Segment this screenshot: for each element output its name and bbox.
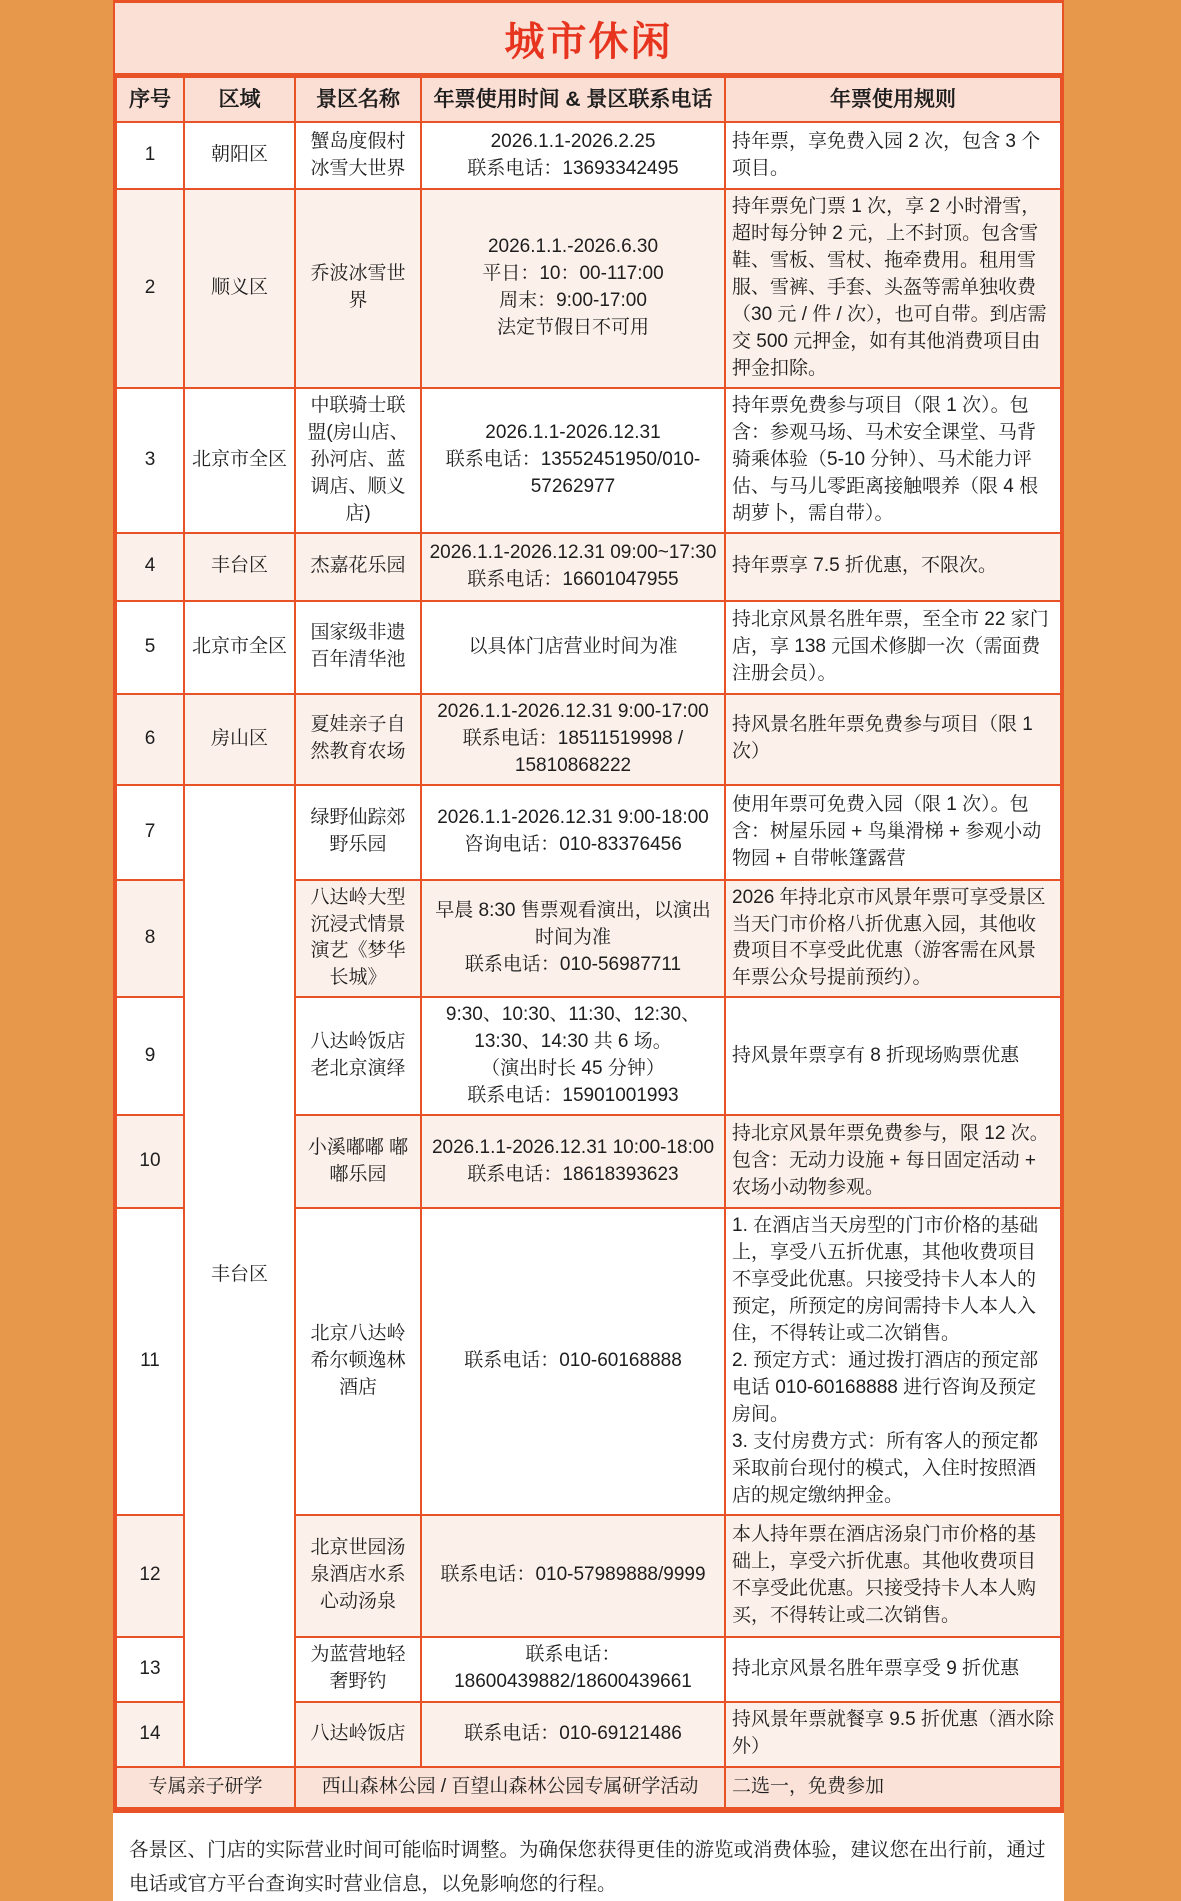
time-phone-cell: 2026.1.1-2026.12.31 9:00-18:00 咨询电话：010-…: [421, 785, 725, 880]
row-number-cell: 2: [116, 189, 184, 388]
title-bar: 城市休闲: [115, 3, 1062, 76]
bordered-table-area: 城市休闲 序号 区域 景区名称 年票使用时间 & 景区联系电话 年票使用规则 1…: [113, 0, 1064, 1813]
table-row: 1 朝阳区 蟹岛度假村冰雪大世界 2026.1.1-2026.2.25 联系电话…: [116, 122, 1061, 189]
annual-pass-table: 序号 区域 景区名称 年票使用时间 & 景区联系电话 年票使用规则 1 朝阳区 …: [115, 76, 1062, 1811]
rules-cell: 持北京风景年票免费参与，限 12 次。包含：无动力设施 + 每日固定活动 + 农…: [725, 1115, 1061, 1208]
row-number-cell: 11: [116, 1208, 184, 1515]
scenic-name-cell: 小溪嘟嘟 嘟嘟乐园: [295, 1115, 421, 1208]
time-phone-cell: 2026.1.1-2026.12.31 10:00-18:00 联系电话：186…: [421, 1115, 725, 1208]
district-cell: 北京市全区: [184, 388, 295, 533]
rules-cell: 持北京风景名胜年票，至全市 22 家门店，享 138 元国术修脚一次（需面费注册…: [725, 601, 1061, 694]
header-rule: 年票使用规则: [725, 77, 1061, 122]
rules-cell: 使用年票可免费入园（限 1 次）。包含：树屋乐园 + 鸟巢滑梯 + 参观小动物园…: [725, 785, 1061, 880]
table-row: 2 顺义区 乔波冰雪世界 2026.1.1.-2026.6.30 平日：10：0…: [116, 189, 1061, 388]
time-phone-cell: 2026.1.1-2026.12.31 联系电话：13552451950/010…: [421, 388, 725, 533]
time-phone-cell: 联系电话：010-69121486: [421, 1702, 725, 1767]
time-phone-cell: 早晨 8:30 售票观看演出，以演出时间为准 联系电话：010-56987711: [421, 880, 725, 998]
scenic-name-cell: 绿野仙踪郊野乐园: [295, 785, 421, 880]
district-cell: 北京市全区: [184, 601, 295, 694]
district-cell: 朝阳区: [184, 122, 295, 189]
table-row: 6 房山区 夏娃亲子自然教育农场 2026.1.1-2026.12.31 9:0…: [116, 694, 1061, 785]
header-row: 序号 区域 景区名称 年票使用时间 & 景区联系电话 年票使用规则: [116, 77, 1061, 122]
row-number-cell: 1: [116, 122, 184, 189]
table-row: 7 丰台区 绿野仙踪郊野乐园 2026.1.1-2026.12.31 9:00-…: [116, 785, 1061, 880]
time-phone-cell: 9:30、10:30、11:30、12:30、13:30、14:30 共 6 场…: [421, 997, 725, 1115]
footer-note: 各景区、门店的实际营业时间可能临时调整。为确保您获得更佳的游览或消费体验，建议您…: [113, 1813, 1064, 1901]
scenic-name-cell: 杰嘉花乐园: [295, 533, 421, 601]
rules-cell: 持风景名胜年票免费参与项目（限 1 次）: [725, 694, 1061, 785]
rules-cell: 持北京风景名胜年票享受 9 折优惠: [725, 1637, 1061, 1702]
content-card: 城市休闲 序号 区域 景区名称 年票使用时间 & 景区联系电话 年票使用规则 1…: [113, 0, 1064, 1800]
header-time: 年票使用时间 & 景区联系电话: [421, 77, 725, 122]
rules-cell: 持年票，享免费入园 2 次，包含 3 个项目。: [725, 122, 1061, 189]
time-phone-cell: 联系电话： 18600439882/18600439661: [421, 1637, 725, 1702]
table-row: 4 丰台区 杰嘉花乐园 2026.1.1-2026.12.31 09:00~17…: [116, 533, 1061, 601]
scenic-name-cell: 为蓝营地轻奢野钓: [295, 1637, 421, 1702]
time-phone-cell: 以具体门店营业时间为准: [421, 601, 725, 694]
time-phone-cell: 2026.1.1-2026.12.31 09:00~17:30 联系电话：166…: [421, 533, 725, 601]
time-phone-cell: 联系电话：010-60168888: [421, 1208, 725, 1515]
district-cell: 顺义区: [184, 189, 295, 388]
scenic-name-cell: 国家级非遗百年清华池: [295, 601, 421, 694]
header-num: 序号: [116, 77, 184, 122]
scenic-name-cell: 八达岭饭店老北京演绎: [295, 997, 421, 1115]
rules-cell: 持年票免门票 1 次，享 2 小时滑雪，超时每分钟 2 元，上不封顶。包含雪鞋、…: [725, 189, 1061, 388]
row-number-cell: 14: [116, 1702, 184, 1767]
time-phone-cell: 2026.1.1-2026.12.31 9:00-17:00 联系电话：1851…: [421, 694, 725, 785]
table-row: 5 北京市全区 国家级非遗百年清华池 以具体门店营业时间为准 持北京风景名胜年票…: [116, 601, 1061, 694]
scenic-name-cell: 蟹岛度假村冰雪大世界: [295, 122, 421, 189]
district-cell-merged: 丰台区: [184, 785, 295, 1767]
scenic-name-cell: 夏娃亲子自然教育农场: [295, 694, 421, 785]
row-number-cell: 13: [116, 1637, 184, 1702]
row-number-cell: 3: [116, 388, 184, 533]
row-number-cell: 6: [116, 694, 184, 785]
scenic-name-cell: 中联骑士联盟(房山店、孙河店、蓝调店、顺义店): [295, 388, 421, 533]
rules-cell: 本人持年票在酒店汤泉门市价格的基础上，享受六折优惠。其他收费项目不享受此优惠。只…: [725, 1515, 1061, 1637]
district-cell: 丰台区: [184, 533, 295, 601]
rules-cell: 1. 在酒店当天房型的门市价格的基础上，享受八五折优惠，其他收费项目不享受此优惠…: [725, 1208, 1061, 1515]
scenic-name-cell: 北京世园汤泉酒店水系心动汤泉: [295, 1515, 421, 1637]
rules-cell: 持年票免费参与项目（限 1 次）。包含：参观马场、马术安全课堂、马背骑乘体验（5…: [725, 388, 1061, 533]
poster-page: { "title": "城市休闲", "colors": { "page_bac…: [0, 0, 1181, 1803]
time-phone-cell: 2026.1.1.-2026.6.30 平日：10：00-117:00 周末：9…: [421, 189, 725, 388]
row-number-cell: 5: [116, 601, 184, 694]
rules-cell: 持风景年票就餐享 9.5 折优惠（酒水除外）: [725, 1702, 1061, 1767]
header-name: 景区名称: [295, 77, 421, 122]
rules-cell: 持年票享 7.5 折优惠，不限次。: [725, 533, 1061, 601]
row-number-cell: 12: [116, 1515, 184, 1637]
time-phone-cell: 联系电话：010-57989888/9999: [421, 1515, 725, 1637]
table-row: 3 北京市全区 中联骑士联盟(房山店、孙河店、蓝调店、顺义店) 2026.1.1…: [116, 388, 1061, 533]
scenic-name-cell: 八达岭大型沉浸式情景演艺《梦华长城》: [295, 880, 421, 998]
row-number-cell: 4: [116, 533, 184, 601]
scenic-name-cell: 乔波冰雪世界: [295, 189, 421, 388]
page-title: 城市休闲: [505, 10, 673, 67]
rules-cell: 2026 年持北京市风景年票可享受景区当天门市价格八折优惠入园，其他收费项目不享…: [725, 880, 1061, 998]
header-district: 区域: [184, 77, 295, 122]
rules-cell: 持风景年票享有 8 折现场购票优惠: [725, 997, 1061, 1115]
row-number-cell: 9: [116, 997, 184, 1115]
scenic-name-cell: 八达岭饭店: [295, 1702, 421, 1767]
time-phone-cell: 2026.1.1-2026.2.25 联系电话：13693342495: [421, 122, 725, 189]
district-cell: 房山区: [184, 694, 295, 785]
row-number-cell: 8: [116, 880, 184, 998]
scenic-name-cell: 北京八达岭希尔顿逸林酒店: [295, 1208, 421, 1515]
row-number-cell: 7: [116, 785, 184, 880]
row-number-cell: 10: [116, 1115, 184, 1208]
